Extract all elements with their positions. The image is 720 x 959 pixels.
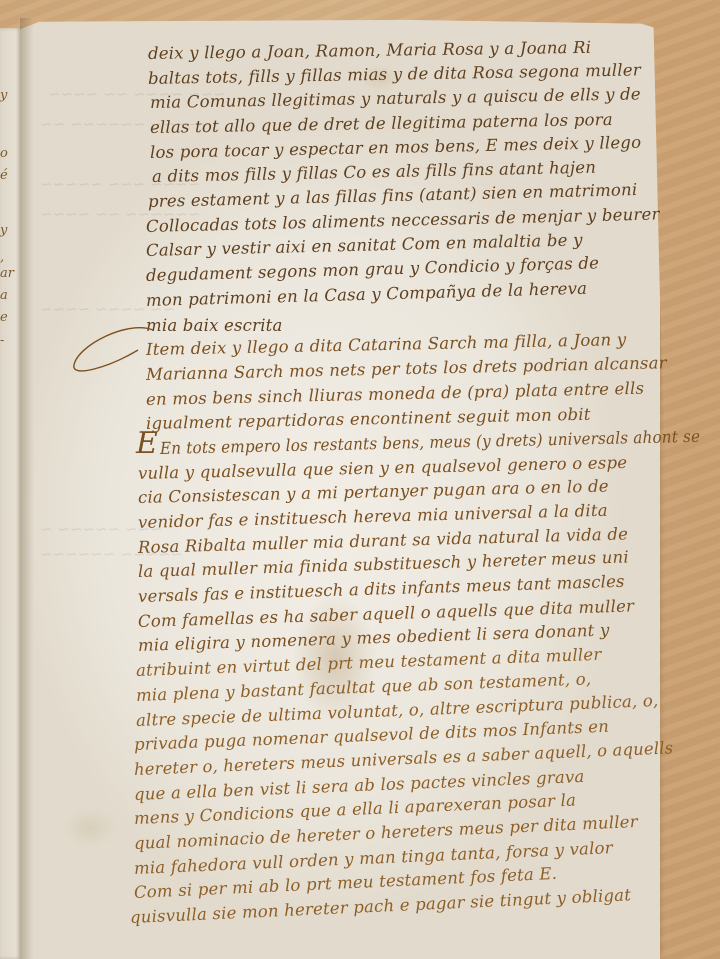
manuscript-line: igualment repartidoras encontinent segui… xyxy=(146,405,591,433)
manuscript-text: deix y llego a Joan, Ramon, Maria Rosa y… xyxy=(0,0,720,959)
manuscript-line: en mos bens sinch lliuras moneda de (pra… xyxy=(146,378,645,408)
initial-e-capital: E xyxy=(136,429,158,459)
initial-i-flourish xyxy=(68,320,158,380)
manuscript-line: mia baix escrita xyxy=(146,316,283,335)
manuscript-line: mia Comunas llegitimas y naturals y a qu… xyxy=(150,85,641,113)
manuscript-line: ellas tot allo que de dret de llegitima … xyxy=(150,110,613,137)
manuscript-line: deix y llego a Joan, Ramon, Maria Rosa y… xyxy=(148,38,591,63)
manuscript-line: mon patrimoni en la Casa y Compañya de l… xyxy=(146,279,588,310)
manuscript-line: baltas tots, fills y fillas mias y de di… xyxy=(148,60,641,88)
